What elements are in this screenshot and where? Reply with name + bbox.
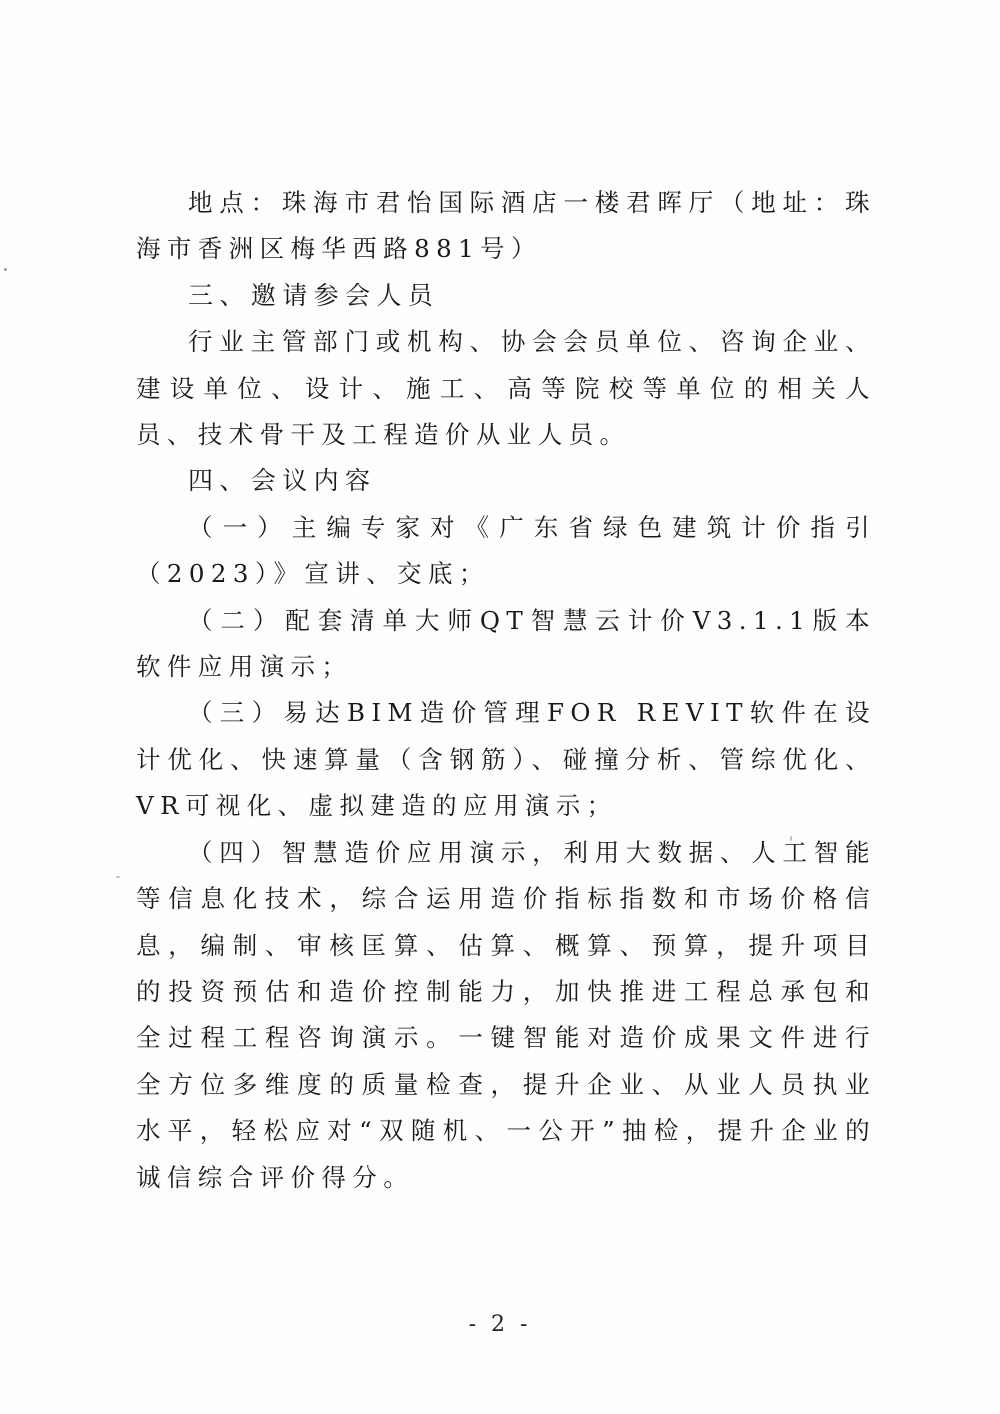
document-body: 地点：珠海市君怡国际酒店一楼君晖厅（地址：珠海市香洲区梅华西路881号） 三、邀…	[136, 180, 876, 1201]
section-heading-invitees: 三、邀请参会人员	[136, 273, 876, 319]
section-heading-agenda: 四、会议内容	[136, 458, 876, 504]
agenda-item-2: （二）配套清单大师QT智慧云计价V3.1.1版本软件应用演示；	[136, 598, 876, 691]
document-page: 地点：珠海市君怡国际酒店一楼君晖厅（地址：珠海市香洲区梅华西路881号） 三、邀…	[0, 0, 1000, 1414]
page-number: - 2 -	[0, 1312, 1000, 1337]
agenda-item-1: （一）主编专家对《广东省绿色建筑计价指引（2023）》宣讲、交底；	[136, 505, 876, 598]
agenda-item-3: （三）易达BIM造价管理FOR REVIT软件在设计优化、快速算量（含钢筋）、碰…	[136, 690, 876, 829]
agenda-item-4: （四）智慧造价应用演示，利用大数据、人工智能等信息化技术，综合运用造价指标指数和…	[136, 830, 876, 1201]
invitees-paragraph: 行业主管部门或机构、协会会员单位、咨询企业、建设单位、设计、施工、高等院校等单位…	[136, 319, 876, 458]
scan-speck	[790, 836, 792, 841]
scan-speck	[4, 268, 7, 271]
scan-speck	[116, 876, 120, 878]
venue-paragraph: 地点：珠海市君怡国际酒店一楼君晖厅（地址：珠海市香洲区梅华西路881号）	[136, 180, 876, 273]
